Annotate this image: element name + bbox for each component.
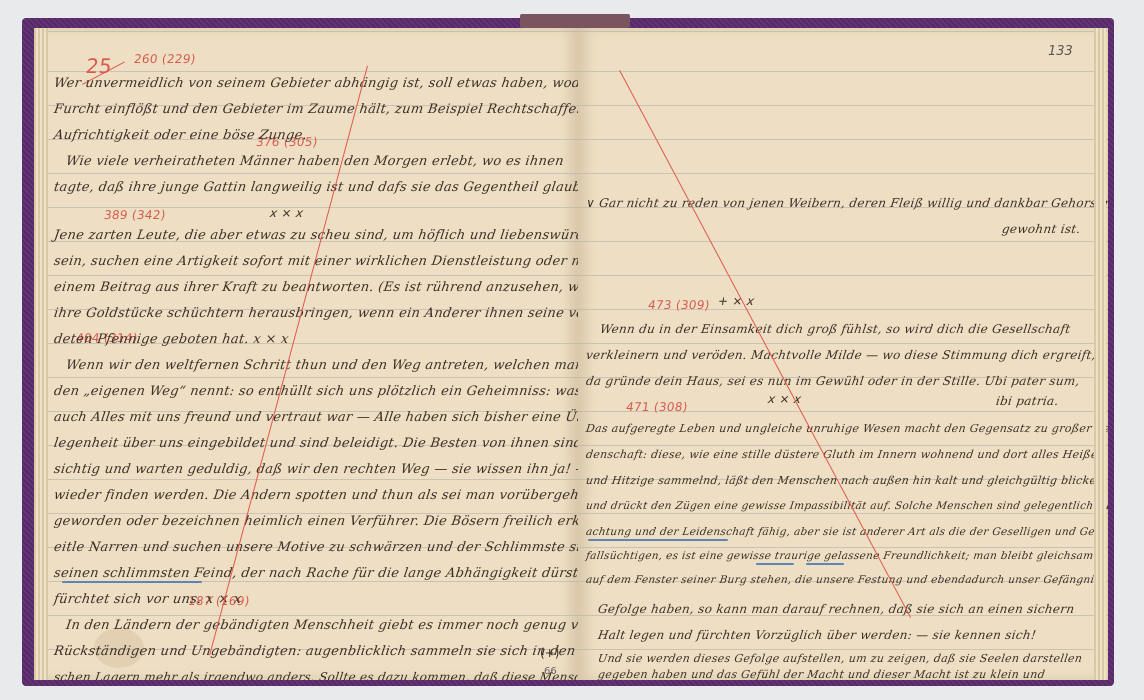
text-line: gegeben haben und das Gefühl der Macht u…: [597, 668, 1046, 680]
text-line: Wenn wir den weltfernen Schritt thun und…: [65, 358, 579, 373]
blue-underline: [806, 563, 844, 565]
text-line: da gründe dein Haus, sei es nun im Gewüh…: [585, 374, 1081, 388]
text-line: Wenn du in der Einsamkeit dich groß fühl…: [599, 322, 1071, 336]
page-edges-right: [1094, 28, 1106, 680]
text-line: Das aufgeregte Leben und ungleiche unruh…: [585, 422, 1108, 435]
annotation-red: 473 (309): [647, 298, 711, 312]
text-line: fallsüchtigen, es ist eine gewisse traur…: [585, 550, 1094, 562]
right-page: 133 473 (309) 471 (308) ∨ Gar nicht zu r…: [578, 28, 1108, 680]
text-line: seinen schlimmsten Feind, der nach Rache…: [53, 566, 579, 581]
text-line: wieder finden werden. Die Andern spotten…: [53, 488, 579, 503]
page-edges-left: [34, 28, 48, 680]
text-line: und drückt den Zügen eine gewisse Impass…: [585, 500, 1108, 512]
text-line: und Hitzige sammelnd, läßt den Menschen …: [585, 474, 1105, 487]
annotation-red: 260 (229): [133, 52, 197, 66]
text-line: Wer unvermeidlich von seinem Gebieter ab…: [53, 76, 579, 91]
left-page: 25 260 (229) 376 (305) 389 (342) 404 (31…: [34, 28, 579, 680]
text-line: tagte, daß ihre junge Gattin langweilig …: [53, 180, 579, 195]
footer-mark: (+): [540, 646, 559, 660]
text-line: ibi patria.: [995, 394, 1060, 408]
text-line: achtung und der Leidenschaft fähig, aber…: [585, 526, 1099, 538]
text-line: legenheit über uns eingebildet und sind …: [53, 436, 579, 451]
text-line: den „eigenen Weg“ nennt: so enthüllt sic…: [53, 384, 579, 399]
text-line: auch Alles mit uns freund und vertraut w…: [53, 410, 579, 425]
text-line: Gefolge haben, so kann man darauf rechne…: [597, 602, 1075, 616]
text-line: geworden oder bezeichnen heimlich einen …: [53, 514, 579, 529]
text-line: In den Ländern der gebändigten Menschhei…: [65, 618, 579, 633]
blue-underline: [588, 539, 728, 541]
text-line: deten Pfennige geboten hat. x × x: [53, 332, 290, 347]
text-line: Halt legen und fürchten Vorzüglich über …: [597, 628, 1037, 642]
text-line: schen Lagern mehr als irgendwo anders. S…: [53, 670, 579, 680]
text-line: sichtig und warten geduldig, daß wir den…: [53, 462, 579, 477]
spine-tape: [520, 14, 630, 28]
text-line: ∨ Gar nicht zu reden von jenen Weibern, …: [585, 196, 1108, 210]
text-line: Rückständigen und Ungebändigten: augenbl…: [53, 644, 579, 659]
annotation-red: 389 (342): [103, 208, 167, 222]
text-line: einem Beitrag aus ihrer Kraft zu beantwo…: [53, 280, 579, 295]
text-line: denschaft: diese, wie eine stille düster…: [585, 448, 1099, 461]
text-line: fürchtet sich vor uns. x × x: [53, 592, 242, 607]
text-line: gewohnt ist.: [1001, 222, 1082, 236]
section-divider: + × x: [717, 294, 755, 308]
text-line: eitle Narren und suchen unsere Motive zu…: [53, 540, 579, 555]
page-number: 133: [1048, 44, 1073, 59]
text-line: Und sie werden dieses Gefolge aufstellen…: [597, 652, 1083, 665]
text-line: ihre Goldstücke schüchtern herausbringen…: [53, 306, 579, 321]
text-line: Wie viele verheiratheten Männer haben de…: [65, 154, 565, 169]
text-line: auf dem Fenster seiner Burg stehen, die …: [585, 574, 1108, 586]
gutter-number: 66: [544, 666, 557, 677]
blue-underline: [756, 563, 794, 565]
blue-underline: [62, 581, 202, 583]
text-line: Jene zarten Leute, die aber etwas zu sch…: [53, 228, 579, 243]
section-divider: x × x: [269, 206, 304, 220]
text-line: Furcht einflößt und den Gebieter im Zaum…: [53, 102, 579, 117]
text-line: verkleinern und veröden. Machtvolle Mild…: [585, 348, 1097, 362]
text-line: Aufrichtigkeit oder eine böse Zunge.: [53, 128, 308, 143]
annotation-red: 471 (308): [625, 400, 689, 414]
